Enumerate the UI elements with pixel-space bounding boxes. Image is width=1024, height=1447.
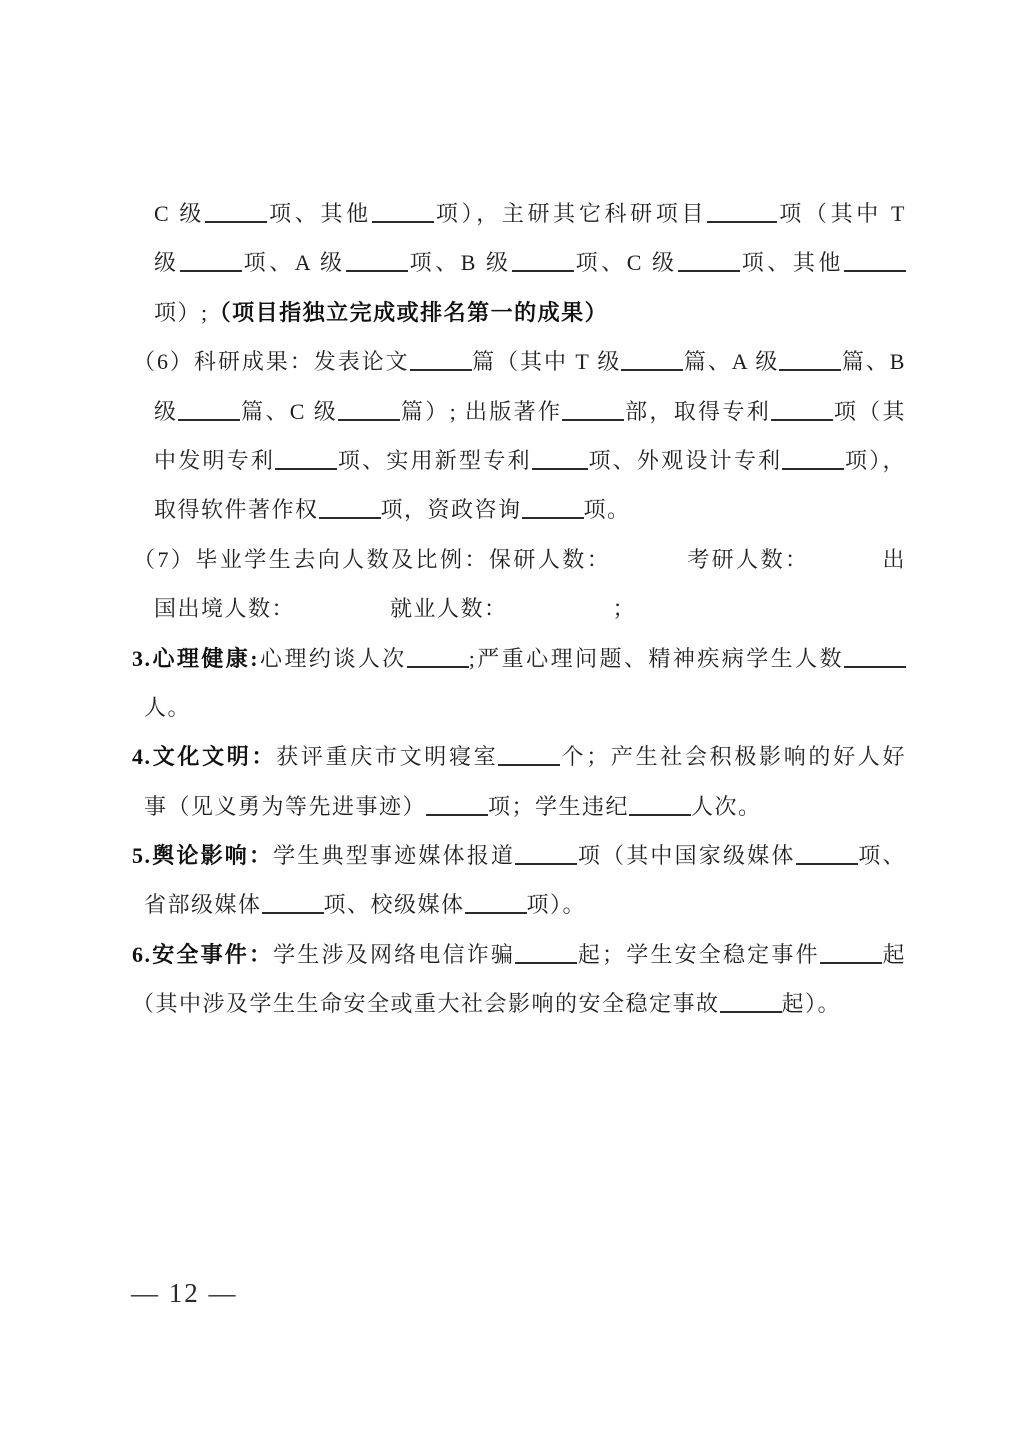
emphasis-text: 4.文化文明： xyxy=(132,744,276,769)
fill-in-blank xyxy=(796,849,858,865)
text-segment: 篇）; 出版著作 xyxy=(400,399,562,424)
blank-space xyxy=(295,606,390,616)
text-segment: 起；学生安全稳定事件 xyxy=(577,942,820,967)
document-page: C 级项、其他项），主研其它科研项目项（其中 T级项、A 级项、B 级项、C 级… xyxy=(0,0,1024,1447)
text-segment: 学生涉及网络电信诈骗 xyxy=(273,942,515,967)
text-segment: 项、C 级 xyxy=(574,250,678,275)
text-segment: 人次。 xyxy=(691,794,762,819)
text-line-14: 5.舆论影响：学生典型事迹媒体报道项（其中国家级媒体项、 xyxy=(132,831,906,880)
fill-in-blank xyxy=(678,256,740,272)
text-line-4: （6）科研成果：发表论文篇（其中 T 级篇、A 级篇、B xyxy=(133,337,906,386)
text-line-11: 人。 xyxy=(144,683,906,732)
text-segment: 人。 xyxy=(144,695,191,720)
text-segment: 项；学生违纪 xyxy=(488,794,629,819)
fill-in-blank xyxy=(407,652,469,668)
page-number: — 12 — xyxy=(131,1278,238,1308)
text-line-2: 级项、A 级项、B 级项、C 级项、其他 xyxy=(154,238,906,287)
fill-in-blank xyxy=(820,948,882,964)
text-segment: 项（其 xyxy=(833,399,906,424)
text-line-17: （其中涉及学生生命安全或重大社会影响的安全稳定事故起）。 xyxy=(132,979,906,1028)
text-segment: 篇、C 级 xyxy=(240,399,338,424)
text-segment: ； xyxy=(613,596,637,621)
text-segment: 级 xyxy=(154,399,178,424)
text-line-10: 3.心理健康:心理约谈人次;严重心理问题、精神疾病学生人数 xyxy=(132,634,906,683)
fill-in-blank xyxy=(465,898,527,914)
emphasis-text: 6.安全事件： xyxy=(132,942,273,967)
text-segment: 起 xyxy=(882,942,906,967)
fill-in-blank xyxy=(562,405,624,421)
text-segment: ;严重心理问题、精神疾病学生人数 xyxy=(469,646,844,671)
fill-in-blank xyxy=(532,454,588,470)
text-line-12: 4.文化文明：获评重庆市文明寝室个；产生社会积极影响的好人好 xyxy=(132,732,906,781)
blank-space xyxy=(508,606,613,616)
text-segment: 项，资政咨询 xyxy=(381,497,522,522)
text-segment: （6）科研成果：发表论文 xyxy=(133,349,410,374)
emphasis-text: （项目指独立完成或排名第一的成果） xyxy=(209,300,609,325)
page-footer: — 12 — xyxy=(131,1278,238,1309)
fill-in-blank xyxy=(779,355,841,371)
text-segment: （7）毕业学生去向人数及比例：保研人数： xyxy=(133,547,611,572)
fill-in-blank xyxy=(498,750,560,766)
blank-space xyxy=(810,557,882,567)
fill-in-blank xyxy=(720,997,782,1013)
text-segment: 项、外观设计专利 xyxy=(588,448,783,473)
text-segment: 项、其他 xyxy=(267,201,372,226)
fill-in-blank xyxy=(522,503,584,519)
text-segment: 起）。 xyxy=(782,991,842,1016)
fill-in-blank xyxy=(346,256,408,272)
fill-in-blank xyxy=(338,405,400,421)
text-segment: 部，取得专利 xyxy=(624,399,771,424)
text-segment: C 级 xyxy=(154,201,205,226)
text-segment: 篇、B xyxy=(841,349,906,374)
text-segment: 项。 xyxy=(584,497,631,522)
text-segment: 项）， xyxy=(844,448,906,473)
fill-in-blank xyxy=(319,503,381,519)
fill-in-blank xyxy=(782,454,844,470)
fill-in-blank xyxy=(621,355,683,371)
text-segment: 篇（其中 T 级 xyxy=(472,349,622,374)
text-segment: 个；产生社会积极影响的好人好 xyxy=(560,744,906,769)
text-segment: 项、A 级 xyxy=(242,250,346,275)
emphasis-text: 3.心理健康: xyxy=(132,646,259,671)
text-segment: 国出境人数： xyxy=(154,596,295,621)
fill-in-blank xyxy=(844,652,906,668)
text-segment: 项、B 级 xyxy=(408,250,512,275)
text-line-15: 省部级媒体项、校级媒体项）。 xyxy=(144,880,906,929)
text-segment: 项），主研其它科研项目 xyxy=(434,201,707,226)
text-segment: 项（其中 T xyxy=(777,201,906,226)
emphasis-text: 5.舆论影响： xyxy=(132,843,273,868)
text-line-3: 项）;（项目指独立完成或排名第一的成果） xyxy=(154,288,906,337)
text-line-6: 中发明专利项、实用新型专利项、外观设计专利项）， xyxy=(154,436,906,485)
text-line-7: 取得软件著作权项，资政咨询项。 xyxy=(154,485,906,534)
text-line-8: （7）毕业学生去向人数及比例：保研人数：考研人数：出 xyxy=(133,535,906,584)
text-segment: 级 xyxy=(154,250,180,275)
text-segment: 就业人数： xyxy=(390,596,508,621)
text-segment: 事（见义勇为等先进事迹） xyxy=(144,794,426,819)
text-segment: 项、实用新型专利 xyxy=(337,448,532,473)
text-segment: 项）。 xyxy=(527,892,587,917)
fill-in-blank xyxy=(707,207,777,223)
text-line-13: 事（见义勇为等先进事迹）项；学生违纪人次。 xyxy=(144,782,906,831)
text-segment: 项（其中国家级媒体 xyxy=(577,843,795,868)
text-line-1: C 级项、其他项），主研其它科研项目项（其中 T xyxy=(154,189,906,238)
text-segment: 学生典型事迹媒体报道 xyxy=(273,843,515,868)
fill-in-blank xyxy=(180,256,242,272)
text-segment: 心理约谈人次 xyxy=(259,646,407,671)
text-segment: 项、校级媒体 xyxy=(324,892,465,917)
document-body: C 级项、其他项），主研其它科研项目项（其中 T级项、A 级项、B 级项、C 级… xyxy=(130,189,906,1029)
text-segment: 篇、A 级 xyxy=(683,349,779,374)
text-segment: 中发明专利 xyxy=(154,448,275,473)
fill-in-blank xyxy=(205,207,267,223)
text-segment: 出 xyxy=(882,547,906,572)
fill-in-blank xyxy=(515,948,577,964)
fill-in-blank xyxy=(512,256,574,272)
text-line-16: 6.安全事件：学生涉及网络电信诈骗起；学生安全稳定事件起 xyxy=(132,930,906,979)
text-segment: 项）; xyxy=(154,300,209,325)
text-segment: 获评重庆市文明寝室 xyxy=(276,744,498,769)
fill-in-blank xyxy=(629,800,691,816)
fill-in-blank xyxy=(262,898,324,914)
text-segment: 项、 xyxy=(858,843,906,868)
fill-in-blank xyxy=(515,849,577,865)
text-segment: （其中涉及学生生命安全或重大社会影响的安全稳定事故 xyxy=(132,991,720,1016)
fill-in-blank xyxy=(771,405,833,421)
text-line-9: 国出境人数：就业人数：； xyxy=(154,584,906,633)
blank-space xyxy=(611,557,686,567)
text-segment: 考研人数： xyxy=(686,547,809,572)
fill-in-blank xyxy=(410,355,472,371)
fill-in-blank xyxy=(275,454,337,470)
text-segment: 取得软件著作权 xyxy=(154,497,319,522)
text-line-5: 级篇、C 级篇）; 出版著作部，取得专利项（其 xyxy=(154,387,906,436)
fill-in-blank xyxy=(844,256,906,272)
text-segment: 项、其他 xyxy=(740,250,844,275)
fill-in-blank xyxy=(372,207,434,223)
text-segment: 省部级媒体 xyxy=(144,892,262,917)
fill-in-blank xyxy=(426,800,488,816)
fill-in-blank xyxy=(178,405,240,421)
